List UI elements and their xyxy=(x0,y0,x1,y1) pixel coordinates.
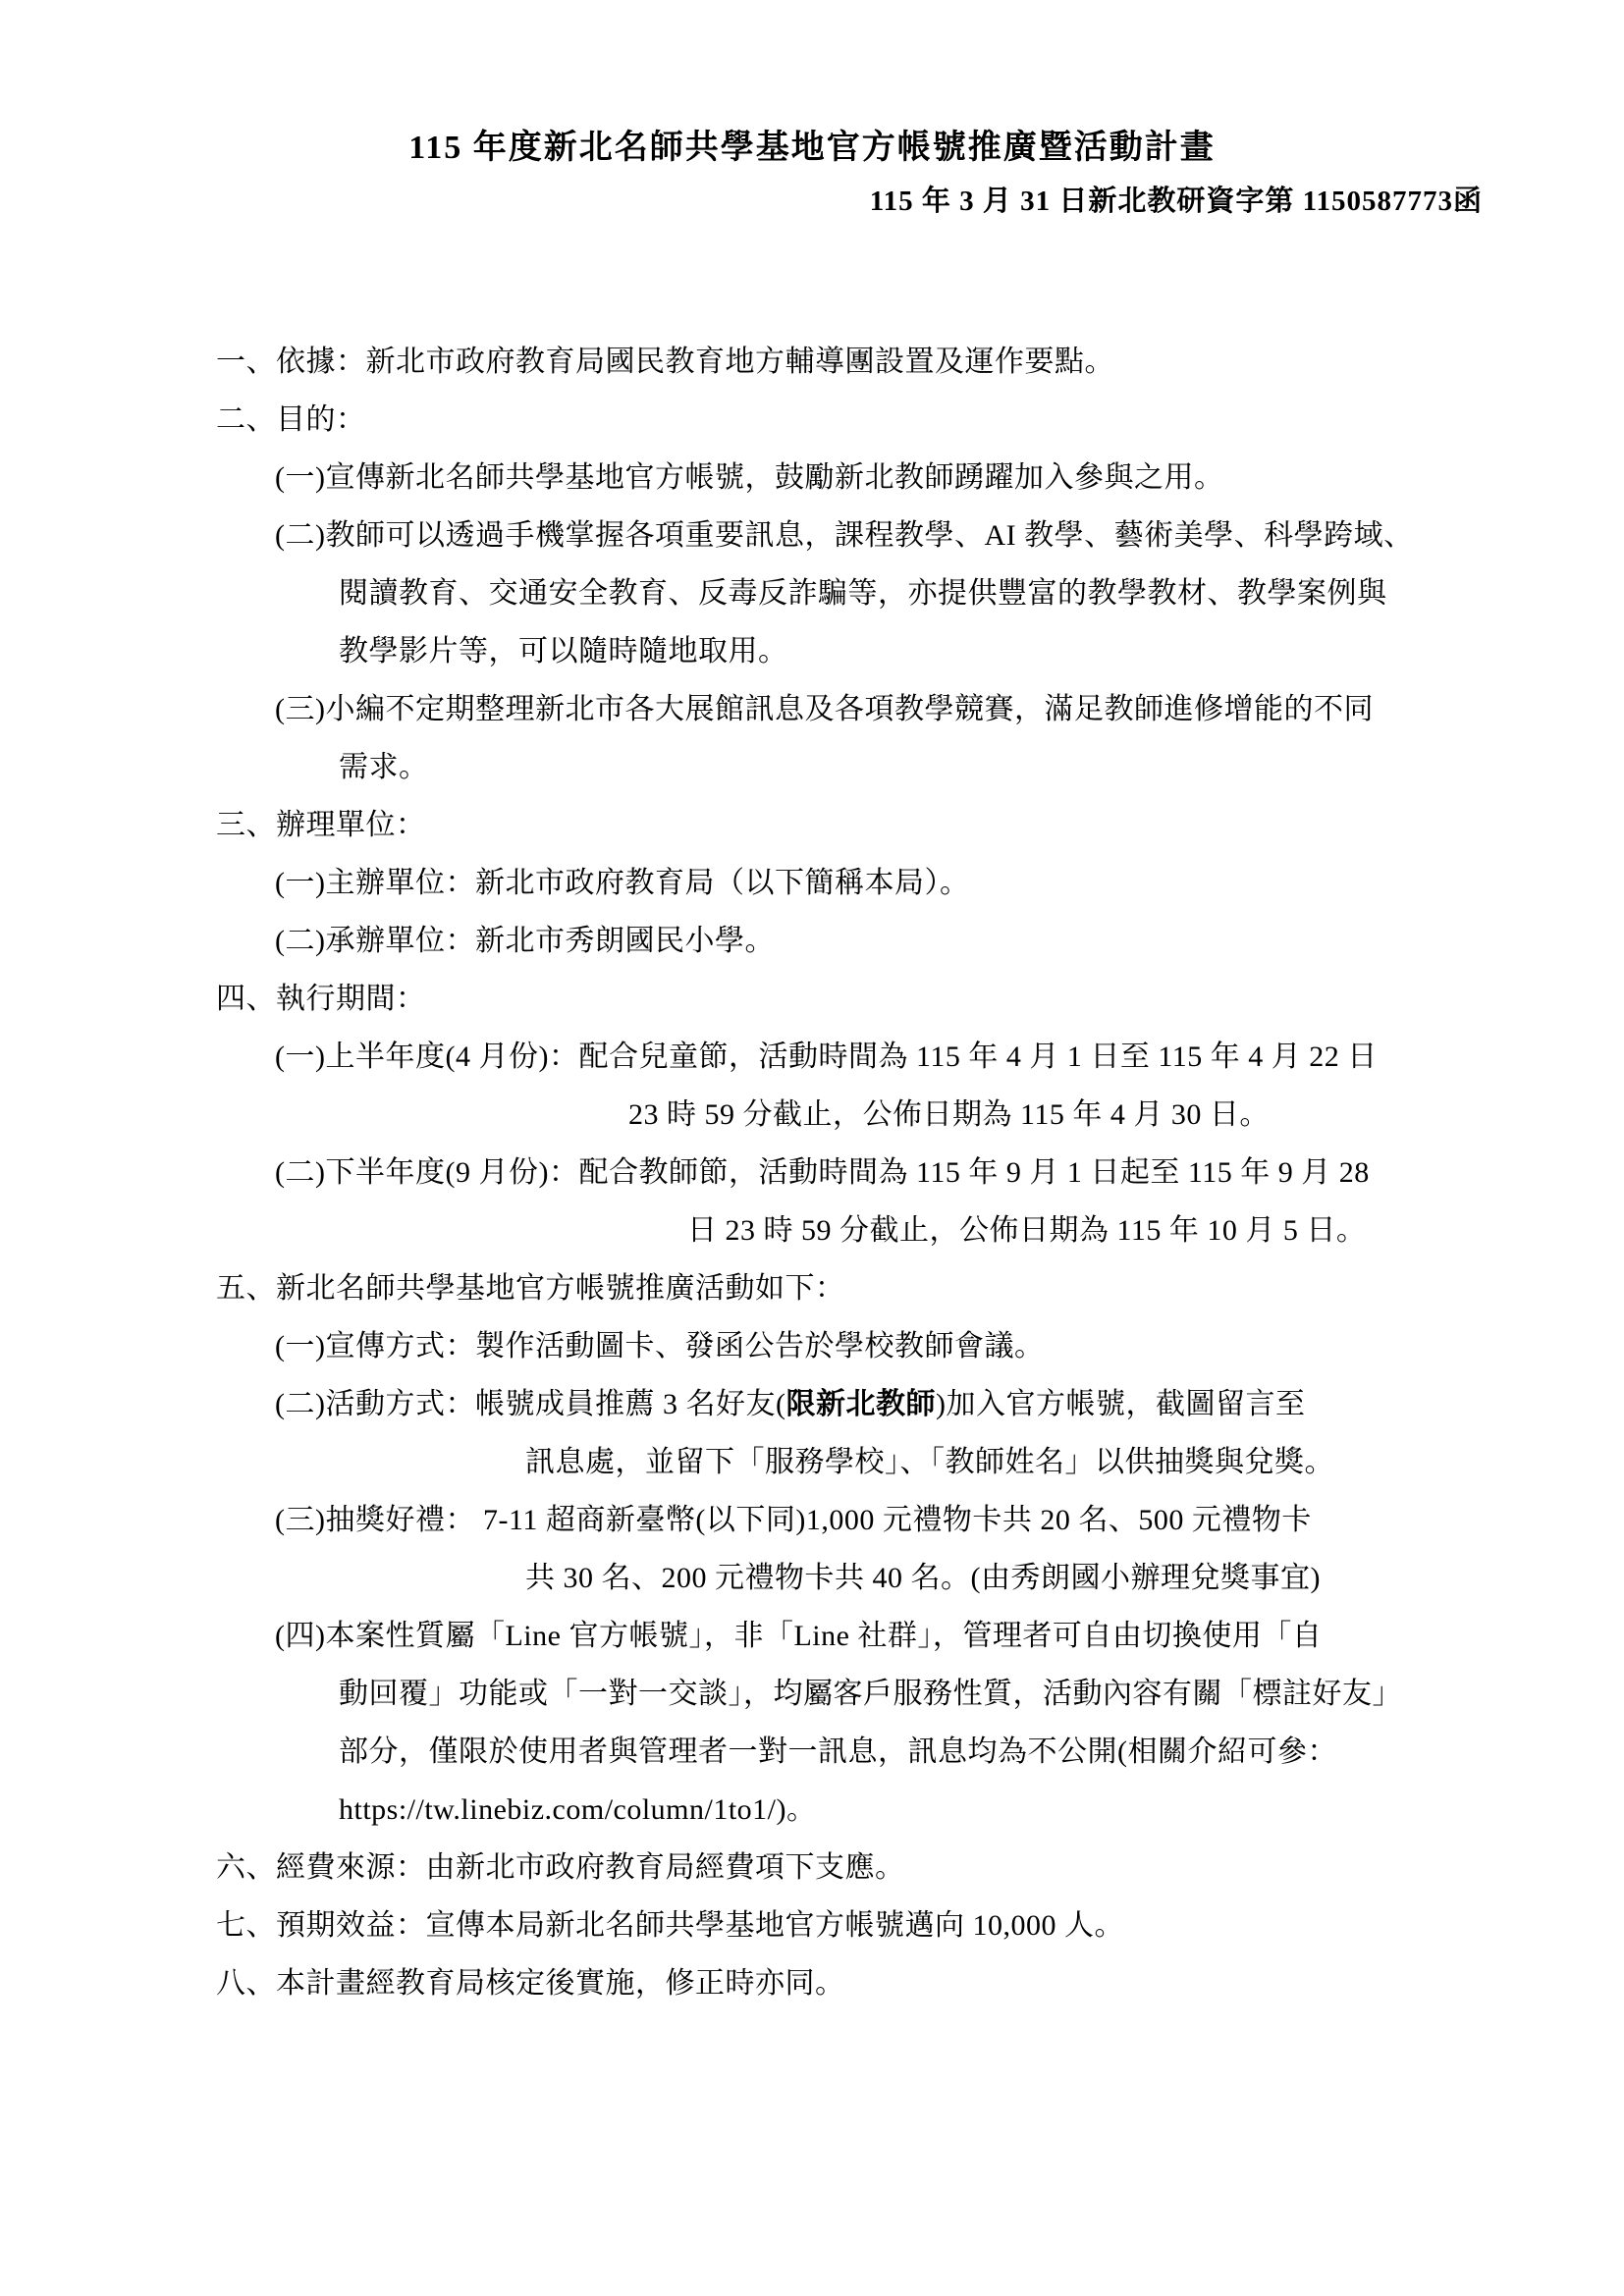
doc-line: 八、本計畫經教育局核定後實施，修正時亦同。 xyxy=(216,1954,1624,2012)
doc-line: 需求。 xyxy=(339,738,1624,796)
doc-line: 日 23 時 59 分截止，公佈日期為 115 年 10 月 5 日。 xyxy=(687,1201,1624,1259)
doc-line: (二)活動方式：帳號成員推薦 3 名好友(限新北教師)加入官方帳號，截圖留言至 xyxy=(275,1375,1624,1433)
doc-line: 七、預期效益：宣傳本局新北名師共學基地官方帳號邁向 10,000 人。 xyxy=(216,1896,1624,1954)
plain-text: (二)活動方式：帳號成員推薦 3 名好友( xyxy=(275,1388,785,1420)
document-reference: 115 年 3 月 31 日新北教研資字第 1150587773函 xyxy=(0,179,1624,219)
doc-line: 23 時 59 分截止，公佈日期為 115 年 4 月 30 日。 xyxy=(628,1086,1624,1144)
doc-line: 訊息處，並留下「服務學校」、「教師姓名」以供抽獎與兌獎。 xyxy=(525,1433,1624,1491)
doc-line: (三)小編不定期整理新北市各大展館訊息及各項教學競賽，滿足教師進修增能的不同 xyxy=(275,680,1624,738)
doc-line: (二)教師可以透過手機掌握各項重要訊息，課程教學、AI 教學、藝術美學、科學跨域… xyxy=(275,507,1624,564)
doc-line: (二)下半年度(9 月份)：配合教師節，活動時間為 115 年 9 月 1 日起… xyxy=(275,1144,1624,1201)
doc-line: (四)本案性質屬「Line 官方帳號」，非「Line 社群」，管理者可自由切換使… xyxy=(275,1607,1624,1665)
doc-line: 六、經費來源：由新北市政府教育局經費項下支應。 xyxy=(216,1839,1624,1896)
doc-line: 部分，僅限於使用者與管理者一對一訊息，訊息均為不公開(相關介紹可參： xyxy=(339,1723,1624,1781)
doc-line: 共 30 名、200 元禮物卡共 40 名。(由秀朗國小辦理兌獎事宜) xyxy=(525,1549,1624,1607)
doc-line: (一)宣傳新北名師共學基地官方帳號，鼓勵新北教師踴躍加入參與之用。 xyxy=(275,449,1624,507)
doc-line: 一、依據：新北市政府教育局國民教育地方輔導團設置及運作要點。 xyxy=(216,333,1624,391)
document-page: 115 年度新北名師共學基地官方帳號推廣暨活動計畫 115 年 3 月 31 日… xyxy=(0,0,1624,2296)
doc-line: 三、辦理單位： xyxy=(216,796,1624,854)
document-title: 115 年度新北名師共學基地官方帳號推廣暨活動計畫 xyxy=(0,0,1624,173)
doc-line: 動回覆」功能或「一對一交談」，均屬客戶服務性質，活動內容有關「標註好友」 xyxy=(339,1665,1624,1723)
doc-line: 閱讀教育、交通安全教育、反毒反詐騙等，亦提供豐富的教學教材、教學案例與 xyxy=(339,564,1624,622)
plain-text: )加入官方帳號，截圖留言至 xyxy=(936,1388,1306,1420)
doc-line: (二)承辦單位：新北市秀朗國民小學。 xyxy=(275,912,1624,970)
doc-line: (一)上半年度(4 月份)：配合兒童節，活動時間為 115 年 4 月 1 日至… xyxy=(275,1028,1624,1086)
doc-line: 二、目的： xyxy=(216,391,1624,449)
doc-line: https://tw.linebiz.com/column/1to1/)。 xyxy=(339,1781,1624,1839)
doc-line: 教學影片等，可以隨時隨地取用。 xyxy=(339,622,1624,680)
doc-line: (一)主辦單位：新北市政府教育局（以下簡稱本局）。 xyxy=(275,854,1624,912)
doc-line: (三)抽獎好禮： 7-11 超商新臺幣(以下同)1,000 元禮物卡共 20 名… xyxy=(275,1491,1624,1549)
emphasis-text: 限新北教師 xyxy=(785,1388,936,1420)
doc-line: (一)宣傳方式：製作活動圖卡、發函公告於學校教師會議。 xyxy=(275,1317,1624,1375)
doc-line: 五、新北名師共學基地官方帳號推廣活動如下： xyxy=(216,1259,1624,1317)
document-body: 一、依據：新北市政府教育局國民教育地方輔導團設置及運作要點。二、目的：(一)宣傳… xyxy=(0,333,1624,2012)
doc-line: 四、執行期間： xyxy=(216,970,1624,1028)
